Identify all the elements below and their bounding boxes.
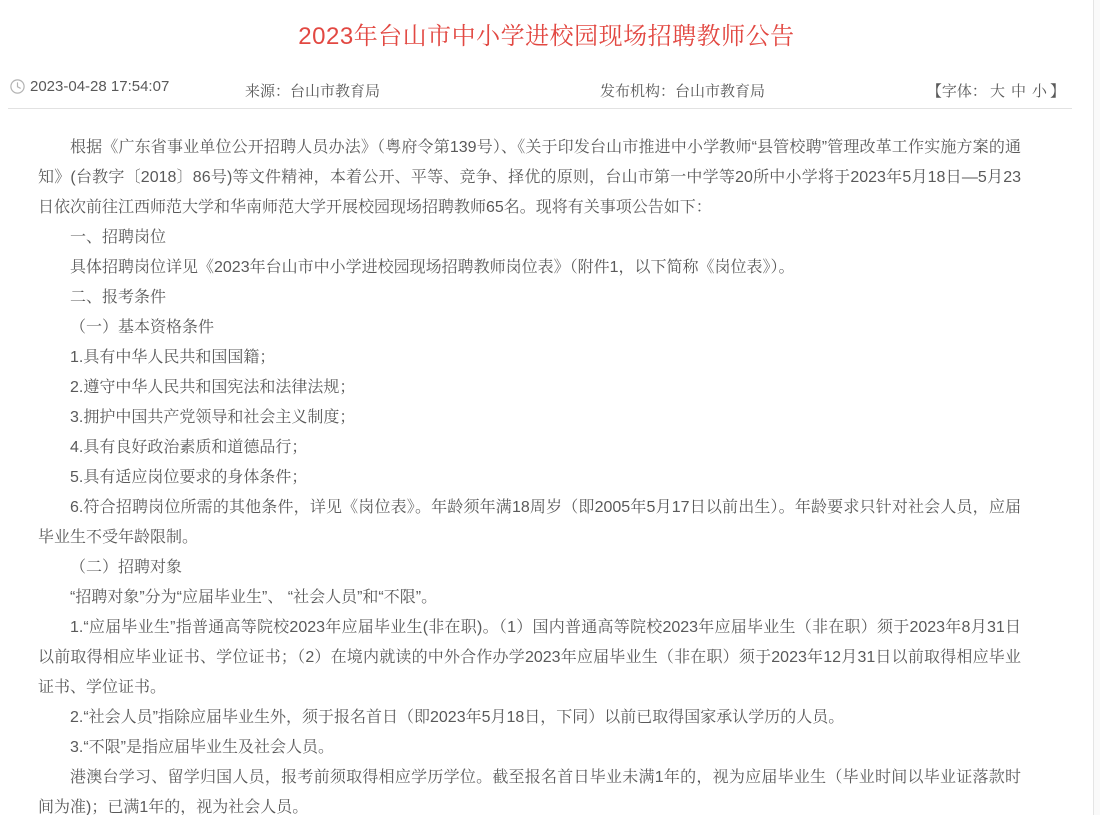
font-size-widget-prefix: 【字体： (927, 83, 987, 100)
clock-icon (10, 79, 25, 94)
paragraph: （二）招聘对象 (38, 553, 1021, 583)
page-edge-strip (1094, 0, 1100, 815)
paragraph: 港澳台学习、留学归国人员，报考前须取得相应学历学位。截至报名首日毕业未满1年的，… (38, 763, 1021, 815)
paragraph: 3.拥护中国共产党领导和社会主义制度； (38, 403, 1021, 433)
publish-time: 2023-04-28 17:54:07 (10, 78, 169, 95)
paragraph: 根据《广东省事业单位公开招聘人员办法》（粤府令第139号）、《关于印发台山市推进… (38, 133, 1021, 223)
publisher-field: 发布机构：台山市教育局 (600, 80, 765, 101)
content-column: 2023年台山市中小学进校园现场招聘教师公告 2023-04-28 17:54:… (0, 0, 1093, 815)
paragraph: （一）基本资格条件 (38, 313, 1021, 343)
announcement-page: 2023年台山市中小学进校园现场招聘教师公告 2023-04-28 17:54:… (0, 0, 1100, 815)
paragraph: 5.具有适应岗位要求的身体条件； (38, 463, 1021, 493)
paragraph: “招聘对象”分为“应届毕业生”、 “社会人员”和“不限”。 (38, 583, 1021, 613)
publisher-value: 台山市教育局 (675, 83, 765, 100)
paragraph: 4.具有良好政治素质和道德品行； (38, 433, 1021, 463)
publisher-label: 发布机构： (600, 83, 675, 100)
paragraph: 二、报考条件 (38, 283, 1021, 313)
font-size-widget-suffix: 】 (1050, 83, 1065, 100)
source-field: 来源：台山市教育局 (245, 80, 380, 101)
font-size-option-small[interactable]: 小 (1032, 83, 1047, 100)
paragraph: 1.具有中华人民共和国国籍； (38, 343, 1021, 373)
font-size-widget-options: 大中小 (987, 83, 1050, 100)
page-title: 2023年台山市中小学进校园现场招聘教师公告 (0, 0, 1093, 54)
font-size-widget: 【字体：大中小】 (927, 80, 1065, 101)
paragraph: 一、招聘岗位 (38, 223, 1021, 253)
font-size-option-large[interactable]: 大 (990, 83, 1005, 100)
paragraph: 1.“应届毕业生”指普通高等院校2023年应届毕业生(非在职)。（1）国内普通高… (38, 613, 1021, 703)
meta-bar: 2023-04-28 17:54:07 来源：台山市教育局 发布机构：台山市教育… (0, 78, 1093, 98)
source-value: 台山市教育局 (290, 83, 380, 100)
source-label: 来源： (245, 83, 290, 100)
article-body: 根据《广东省事业单位公开招聘人员办法》（粤府令第139号）、《关于印发台山市推进… (0, 109, 1093, 815)
paragraph: 2.“社会人员”指除应届毕业生外，须于报名首日（即2023年5月18日，下同）以… (38, 703, 1021, 733)
paragraph: 6.符合招聘岗位所需的其他条件，详见《岗位表》。年龄须年满18周岁（即2005年… (38, 493, 1021, 553)
paragraph: 2.遵守中华人民共和国宪法和法律法规； (38, 373, 1021, 403)
paragraph: 具体招聘岗位详见《2023年台山市中小学进校园现场招聘教师岗位表》（附件1，以下… (38, 253, 1021, 283)
paragraph: 3.“不限”是指应届毕业生及社会人员。 (38, 733, 1021, 763)
font-size-option-medium[interactable]: 中 (1011, 83, 1026, 100)
publish-datetime: 2023-04-28 17:54:07 (30, 78, 169, 95)
